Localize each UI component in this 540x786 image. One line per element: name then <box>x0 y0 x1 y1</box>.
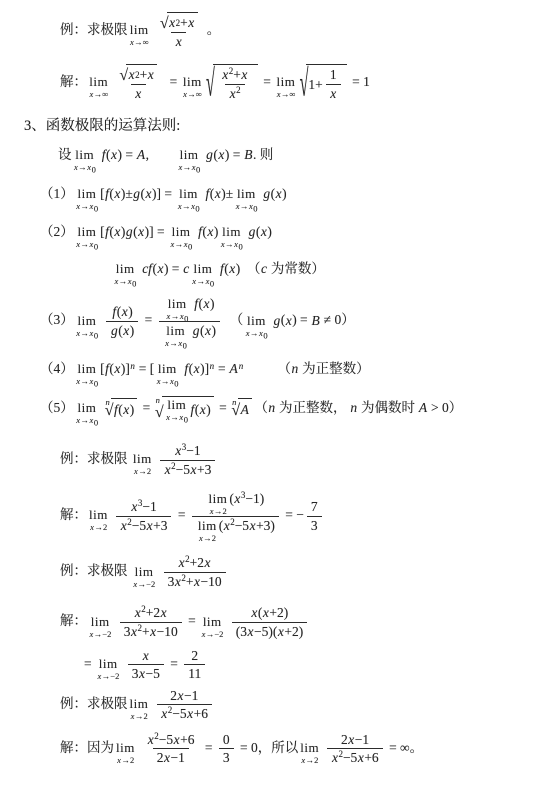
superscript: 2 <box>236 85 241 95</box>
math-variable: x <box>234 491 241 506</box>
limit-word: lim <box>183 75 202 88</box>
math-variable: x <box>114 224 121 239</box>
radicand: 1+1x <box>306 64 346 102</box>
math-variable: x <box>121 304 128 319</box>
math-variable: B <box>244 147 253 162</box>
limit-word: lim <box>89 75 108 88</box>
fraction: f(x)g(x) <box>106 303 138 339</box>
limit-approach: x→2 <box>130 712 148 721</box>
math-variable: n <box>238 361 244 371</box>
subscript: 0 <box>94 379 98 389</box>
math-variable: x <box>114 186 121 201</box>
limit-word: lim <box>222 225 241 238</box>
fraction: 73 <box>307 498 322 534</box>
math-variable: x <box>76 239 81 249</box>
example-problem-1: 例：求极限limx→∞√x2+xx。 <box>60 12 540 50</box>
fraction-denominator: x2−5x+3 <box>160 460 215 479</box>
subscript: 0 <box>263 330 267 340</box>
fraction-numerator: x <box>138 647 153 665</box>
math-variable: x <box>114 361 121 376</box>
math-variable: x <box>229 261 236 276</box>
fraction-denominator: g(x) <box>106 321 138 340</box>
superscript: n <box>130 361 136 371</box>
math-variable: x <box>201 629 206 639</box>
fraction-denominator: 3 <box>307 516 322 535</box>
math-variable: g <box>192 323 200 338</box>
math-variable: x <box>89 89 94 99</box>
math-variable: x <box>192 276 197 286</box>
limit-operator: limx→x0 <box>165 324 187 348</box>
fraction-numerator: 7 <box>307 498 322 516</box>
fraction-numerator: x(x+2) <box>247 604 292 622</box>
fraction-denominator: 3x−5 <box>128 664 164 683</box>
radical-sign: √ <box>160 16 169 32</box>
limit-approach: x→x0 <box>177 202 199 211</box>
math-variable: x <box>97 671 102 681</box>
radicand: limx→x0 f(x) <box>162 396 214 422</box>
math-variable: x <box>157 261 164 276</box>
fraction: x3−1x2−5x+3 <box>116 498 171 534</box>
math-variable: x <box>229 86 236 101</box>
math-variable: x <box>138 666 145 681</box>
example-problem-2: 例：求极限 limx→2 x3−1x2−5x+3 <box>60 442 540 478</box>
math-variable: x <box>160 605 167 620</box>
limit-operator: limx→x0 <box>245 314 267 338</box>
limit-approach: x→2 <box>117 756 135 765</box>
fraction-denominator: limx→2(x2−5x+3) <box>192 516 279 543</box>
fraction-numerator: 2x−1 <box>166 687 202 705</box>
fraction-numerator: limx→2(x3−1) <box>203 490 269 516</box>
math-variable: x <box>130 37 135 47</box>
math-variable: n <box>130 361 136 371</box>
math-variable: x <box>145 186 152 201</box>
fraction-numerator: 1 <box>326 66 341 84</box>
fraction: 2x−1x2−5x+6 <box>157 687 212 723</box>
limit-word: lim <box>91 615 110 628</box>
radicand: x2+x <box>126 64 157 84</box>
rule-1: （1）limx→x0[f(x)±g(x)] = limx→x0 f(x)±lim… <box>40 184 540 211</box>
radical: n√limx→x0 f(x) <box>156 396 214 422</box>
limit-approach: x→−2 <box>89 630 111 639</box>
radical-sign: √ <box>206 68 215 106</box>
limit-approach: x→x0 <box>156 377 178 386</box>
limit-approach: x→x0 <box>165 339 187 348</box>
math-variable: x <box>169 14 176 32</box>
rule-constant: limx→x0 cf(x) = climx→x0 f(x) （c 为常数） <box>112 259 540 286</box>
math-variable: x <box>170 239 175 249</box>
math-variable: f <box>101 147 106 162</box>
superscript: 3 <box>138 498 143 508</box>
fraction-numerator: 0 <box>219 731 234 749</box>
subscript: 0 <box>188 242 192 252</box>
limit-approach: x→∞ <box>130 38 149 47</box>
fraction: 2x−1x2−5x+6 <box>327 731 382 767</box>
fraction-denominator: 2x−1 <box>153 748 189 767</box>
fraction-denominator: x2−5x+6 <box>327 748 382 767</box>
math-variable: f <box>105 361 110 376</box>
limit-approach: x→−2 <box>201 630 223 639</box>
limit-approach: x→x0 <box>245 329 267 338</box>
math-variable: x <box>76 328 81 338</box>
math-variable: x <box>110 147 117 162</box>
limit-word: lim <box>167 398 186 411</box>
fraction-numerator: x2−5x+6 <box>143 731 198 749</box>
math-variable: x <box>262 605 269 620</box>
limit-approach: x→x0 <box>76 416 98 425</box>
limit-approach: x→∞ <box>183 90 202 99</box>
limit-word: lim <box>277 75 296 88</box>
radical-sign: √ <box>231 403 240 419</box>
limit-word: lim <box>99 657 118 670</box>
document-body: 例：求极限limx→∞√x2+xx。解：limx→∞√x2+xx = limx→… <box>0 0 540 767</box>
math-variable: x <box>76 201 81 211</box>
limit-word: lim <box>77 401 96 414</box>
math-variable: x <box>203 296 210 311</box>
math-variable: g <box>110 323 118 338</box>
limit-word: lim <box>77 225 96 238</box>
math-variable: x <box>164 750 171 765</box>
limit-word: lim <box>75 148 94 161</box>
fraction: limx→x0 f(x)limx→x0 g(x) <box>159 295 220 347</box>
fraction-numerator: x2+x <box>218 66 252 84</box>
math-variable: x <box>117 755 122 765</box>
math-variable: x <box>146 518 153 533</box>
subscript: 0 <box>238 242 242 252</box>
math-variable: x <box>199 533 204 543</box>
subscript: 0 <box>210 279 214 289</box>
math-variable: x <box>173 732 180 747</box>
limit-operator: limx→x0 <box>178 148 200 172</box>
math-variable: n <box>350 400 358 415</box>
superscript: 2 <box>230 517 235 527</box>
math-variable: A <box>229 361 238 376</box>
subscript: 0 <box>253 204 257 214</box>
math-variable: x <box>193 574 200 589</box>
math-variable: f <box>105 224 110 239</box>
math-variable: c <box>261 261 268 276</box>
math-variable: x <box>131 499 138 514</box>
limit-word: lim <box>158 362 177 375</box>
radical: √x2+x <box>119 64 157 84</box>
fraction-denominator: x <box>171 32 186 51</box>
limit-operator: limx→2 <box>116 741 135 765</box>
math-variable: g <box>125 224 133 239</box>
limit-approach: x→x0 <box>114 277 136 286</box>
fraction-denominator: 11 <box>184 664 205 683</box>
limit-approach: x→x0 <box>74 163 96 172</box>
radicand: f(x) <box>111 398 137 420</box>
limit-word: lim <box>130 23 149 36</box>
radicand: x2+x <box>167 12 198 32</box>
limit-operator: limx→x0 <box>114 262 136 286</box>
limit-approach: x→x0 <box>76 377 98 386</box>
limit-operator: limx→2 <box>300 741 319 765</box>
math-variable: x <box>276 89 281 99</box>
math-variable: x <box>193 361 200 376</box>
radical-sign: √ <box>105 403 114 419</box>
math-variable: x <box>138 224 145 239</box>
radical: n√f(x) <box>105 398 137 420</box>
math-variable: x <box>177 201 182 211</box>
math-variable: x <box>123 400 130 420</box>
fraction-denominator: limx→x0 g(x) <box>159 321 220 348</box>
radical-sign: √ <box>155 405 164 421</box>
fraction: x3−1x2−5x+3 <box>160 442 215 478</box>
math-variable: x <box>251 605 258 620</box>
math-variable: x <box>190 462 197 477</box>
math-variable: x <box>175 443 182 458</box>
limit-operator: limx→2 <box>133 452 152 476</box>
limit-word: lim <box>300 741 319 754</box>
radical: √x2+x <box>160 12 198 32</box>
math-variable: f <box>105 186 110 201</box>
math-variable: x <box>114 276 119 286</box>
fraction-numerator: f(x) <box>108 303 137 321</box>
fraction: x2+xx2 <box>218 66 252 102</box>
fraction: x2−5x+62x−1 <box>143 731 198 767</box>
math-variable: x <box>147 66 154 84</box>
math-variable: x <box>178 162 183 172</box>
limit-operator: limx→∞ <box>130 23 149 47</box>
math-variable: g <box>133 186 141 201</box>
premise-line: 设limx→x0 f(x) = A, limx→x0 g(x) = B. 则 <box>58 145 540 172</box>
limit-operator: limx→−2 <box>89 615 111 639</box>
limit-operator: limx→∞ <box>276 75 295 99</box>
limit-approach: x→−2 <box>97 672 119 681</box>
math-variable: f <box>198 224 203 239</box>
limit-approach: x→2 <box>209 507 227 516</box>
subscript: 0 <box>94 204 98 214</box>
limit-word: lim <box>203 615 222 628</box>
fraction: 03 <box>219 731 234 767</box>
math-variable: x <box>241 67 248 82</box>
limit-operator: limx→2 <box>209 492 228 516</box>
superscript: 2 <box>171 461 176 471</box>
superscript: n <box>238 361 244 371</box>
math-variable: x <box>165 338 170 348</box>
radical: n√A <box>232 398 252 420</box>
math-variable: n <box>291 361 299 376</box>
solution-3: 解：limx→−2 x2+2x3x2+x−10 = limx→−2 x(x+2)… <box>60 604 540 640</box>
math-variable: x <box>89 629 94 639</box>
math-variable: f <box>219 261 224 276</box>
superscript: 2 <box>154 731 159 741</box>
math-variable: A <box>136 147 145 162</box>
math-variable: x <box>207 224 214 239</box>
math-variable: x <box>123 323 130 338</box>
math-variable: x <box>199 400 206 420</box>
fraction-numerator: x2+2x <box>174 554 215 572</box>
fraction-numerator: x2+2x <box>130 604 171 622</box>
fraction-denominator: x2−5x+3 <box>116 516 171 535</box>
math-variable: g <box>248 224 256 239</box>
fraction-numerator: x3−1 <box>127 498 161 516</box>
limit-operator: limx→x0 <box>166 297 188 321</box>
superscript: 2 <box>168 705 173 715</box>
math-variable: f <box>194 296 199 311</box>
math-variable: x <box>260 224 267 239</box>
limit-operator: limx→x0 <box>170 225 192 249</box>
limit-word: lim <box>172 225 191 238</box>
math-variable: x <box>142 648 149 663</box>
math-variable: x <box>205 323 212 338</box>
math-variable: x <box>204 555 211 570</box>
limit-word: lim <box>179 187 198 200</box>
fraction: x3x−5 <box>128 647 164 683</box>
math-variable: c <box>183 261 190 276</box>
math-variable: x <box>214 186 221 201</box>
superscript: n <box>209 361 215 371</box>
fraction: x2+2x3x2+x−10 <box>164 554 226 590</box>
math-variable: x <box>235 201 240 211</box>
math-variable: x <box>166 412 171 422</box>
math-variable: x <box>245 328 250 338</box>
subscript: 0 <box>94 242 98 252</box>
math-variable: x <box>76 415 81 425</box>
limit-approach: x→x0 <box>76 329 98 338</box>
fraction: x(x+2)(3x−5)(x+2) <box>232 604 307 640</box>
limit-operator: limx→−2 <box>97 657 119 681</box>
math-variable: x <box>247 624 254 639</box>
solution-1: 解：limx→∞√x2+xx = limx→∞√x2+xx2 = limx→∞√… <box>60 64 540 102</box>
limit-word: lim <box>168 297 187 310</box>
math-variable: f <box>190 400 195 420</box>
radical-sign: √ <box>300 68 309 106</box>
math-variable: x <box>275 186 282 201</box>
limit-approach: x→2 <box>301 756 319 765</box>
fraction: 211 <box>184 647 205 683</box>
fraction-numerator: √x2+x <box>113 64 163 84</box>
math-variable: f <box>112 304 117 319</box>
math-variable: x <box>177 688 184 703</box>
limit-word: lim <box>77 362 96 375</box>
fraction-denominator: 3x2+x−10 <box>164 572 226 591</box>
limit-approach: x→x0 <box>235 202 257 211</box>
limit-approach: x→x0 <box>192 277 214 286</box>
limit-operator: limx→2 <box>198 519 217 543</box>
fraction-denominator: 3x2+x−10 <box>120 622 182 641</box>
limit-approach: x→x0 <box>76 240 98 249</box>
math-variable: x <box>301 755 306 765</box>
math-variable: g <box>263 186 271 201</box>
superscript: 2 <box>127 517 132 527</box>
rule-3: （3）limx→x0 f(x)g(x) = limx→x0 f(x)limx→x… <box>40 295 540 347</box>
limit-approach: x→∞ <box>276 90 295 99</box>
solution-4: 解：因为limx→2 x2−5x+62x−1 = 03 = 0，所以limx→2… <box>60 731 540 767</box>
superscript: 2 <box>141 605 146 615</box>
fraction-denominator: x2 <box>225 84 245 103</box>
math-variable: x <box>175 34 182 49</box>
superscript: 2 <box>185 554 190 564</box>
example-problem-4: 例：求极限limx→2 2x−1x2−5x+6 <box>60 687 540 723</box>
fraction: limx→2(x3−1)limx→2(x2−5x+3) <box>192 490 279 542</box>
math-variable: x <box>330 86 337 101</box>
math-variable: x <box>156 376 161 386</box>
math-variable: x <box>130 711 135 721</box>
math-variable: x <box>285 313 292 328</box>
math-variable: x <box>348 732 355 747</box>
math-variable: x <box>134 466 139 476</box>
section-heading: 3、函数极限的运算法则: <box>24 116 540 137</box>
fraction-denominator: x <box>131 84 146 103</box>
fraction-numerator: 2 <box>187 647 202 665</box>
math-variable: x <box>90 522 95 532</box>
subscript: 0 <box>92 165 96 175</box>
limit-approach: x→x0 <box>166 312 188 321</box>
fraction-numerator: 2x−1 <box>337 731 373 749</box>
math-variable: x <box>357 750 364 765</box>
fraction: √x2+xx <box>154 12 204 50</box>
limit-operator: limx→x0 <box>166 398 188 422</box>
limit-operator: limx→x0 <box>156 362 178 386</box>
subscript: 0 <box>195 204 199 214</box>
math-variable: n <box>268 400 276 415</box>
math-variable: x <box>183 89 188 99</box>
superscript: 3 <box>241 490 246 500</box>
limit-word: lim <box>77 187 96 200</box>
math-variable: x <box>150 624 157 639</box>
superscript: 2 <box>137 623 142 633</box>
limit-operator: limx→∞ <box>183 75 202 99</box>
radicand: x2+xx2 <box>213 64 258 102</box>
superscript: 2 <box>229 66 234 76</box>
math-variable: f <box>184 361 189 376</box>
limit-operator: limx→2 <box>89 508 108 532</box>
math-variable: x <box>220 239 225 249</box>
limit-word: lim <box>166 324 185 337</box>
rule-2: （2）limx→x0[f(x)g(x)] = limx→x0 f(x)limx→… <box>40 222 540 249</box>
limit-operator: limx→x0 <box>76 401 98 425</box>
limit-approach: x→x0 <box>220 240 242 249</box>
limit-word: lim <box>89 508 108 521</box>
limit-operator: limx→x0 <box>177 187 199 211</box>
math-variable: x <box>74 162 79 172</box>
subscript: 0 <box>196 165 200 175</box>
limit-approach: x→2 <box>90 523 108 532</box>
limit-approach: x→∞ <box>89 90 108 99</box>
limit-operator: limx→∞ <box>89 75 108 99</box>
limit-approach: x→x0 <box>170 240 192 249</box>
limit-operator: limx→−2 <box>201 615 223 639</box>
math-variable: x <box>218 147 225 162</box>
math-variable: x <box>76 376 81 386</box>
limit-word: lim <box>130 697 149 710</box>
scanned-math-page: { "colors": { "text": "#262626", "backgr… <box>0 0 540 786</box>
limit-operator: limx→2 <box>130 697 149 721</box>
limit-word: lim <box>116 262 135 275</box>
limit-operator: limx→x0 <box>235 187 257 211</box>
limit-word: lim <box>198 519 217 532</box>
fraction: √x2+xx <box>113 64 163 102</box>
math-variable: x <box>161 706 168 721</box>
fraction-denominator: (3x−5)(x+2) <box>232 622 307 641</box>
radical-sign: √ <box>119 68 128 84</box>
limit-operator: limx→x0 <box>76 362 98 386</box>
math-variable: g <box>206 147 214 162</box>
rule-4: （4）limx→x0[f(x)]n = [limx→x0 f(x)]n = An… <box>40 359 540 386</box>
subscript: 0 <box>94 330 98 340</box>
limit-operator: limx→x0 <box>192 262 214 286</box>
limit-word: lim <box>77 314 96 327</box>
math-variable: g <box>273 313 281 328</box>
limit-approach: x→2 <box>199 534 217 543</box>
math-variable: x <box>135 86 142 101</box>
math-variable: A <box>418 400 427 415</box>
limit-operator: limx→x0 <box>76 225 98 249</box>
solution-2: 解：limx→2 x3−1x2−5x+3 = limx→2(x3−1)limx→… <box>60 490 540 542</box>
solution-3-continued: = limx→−2 x3x−5 = 211 <box>84 647 540 683</box>
subscript: 0 <box>94 417 98 427</box>
